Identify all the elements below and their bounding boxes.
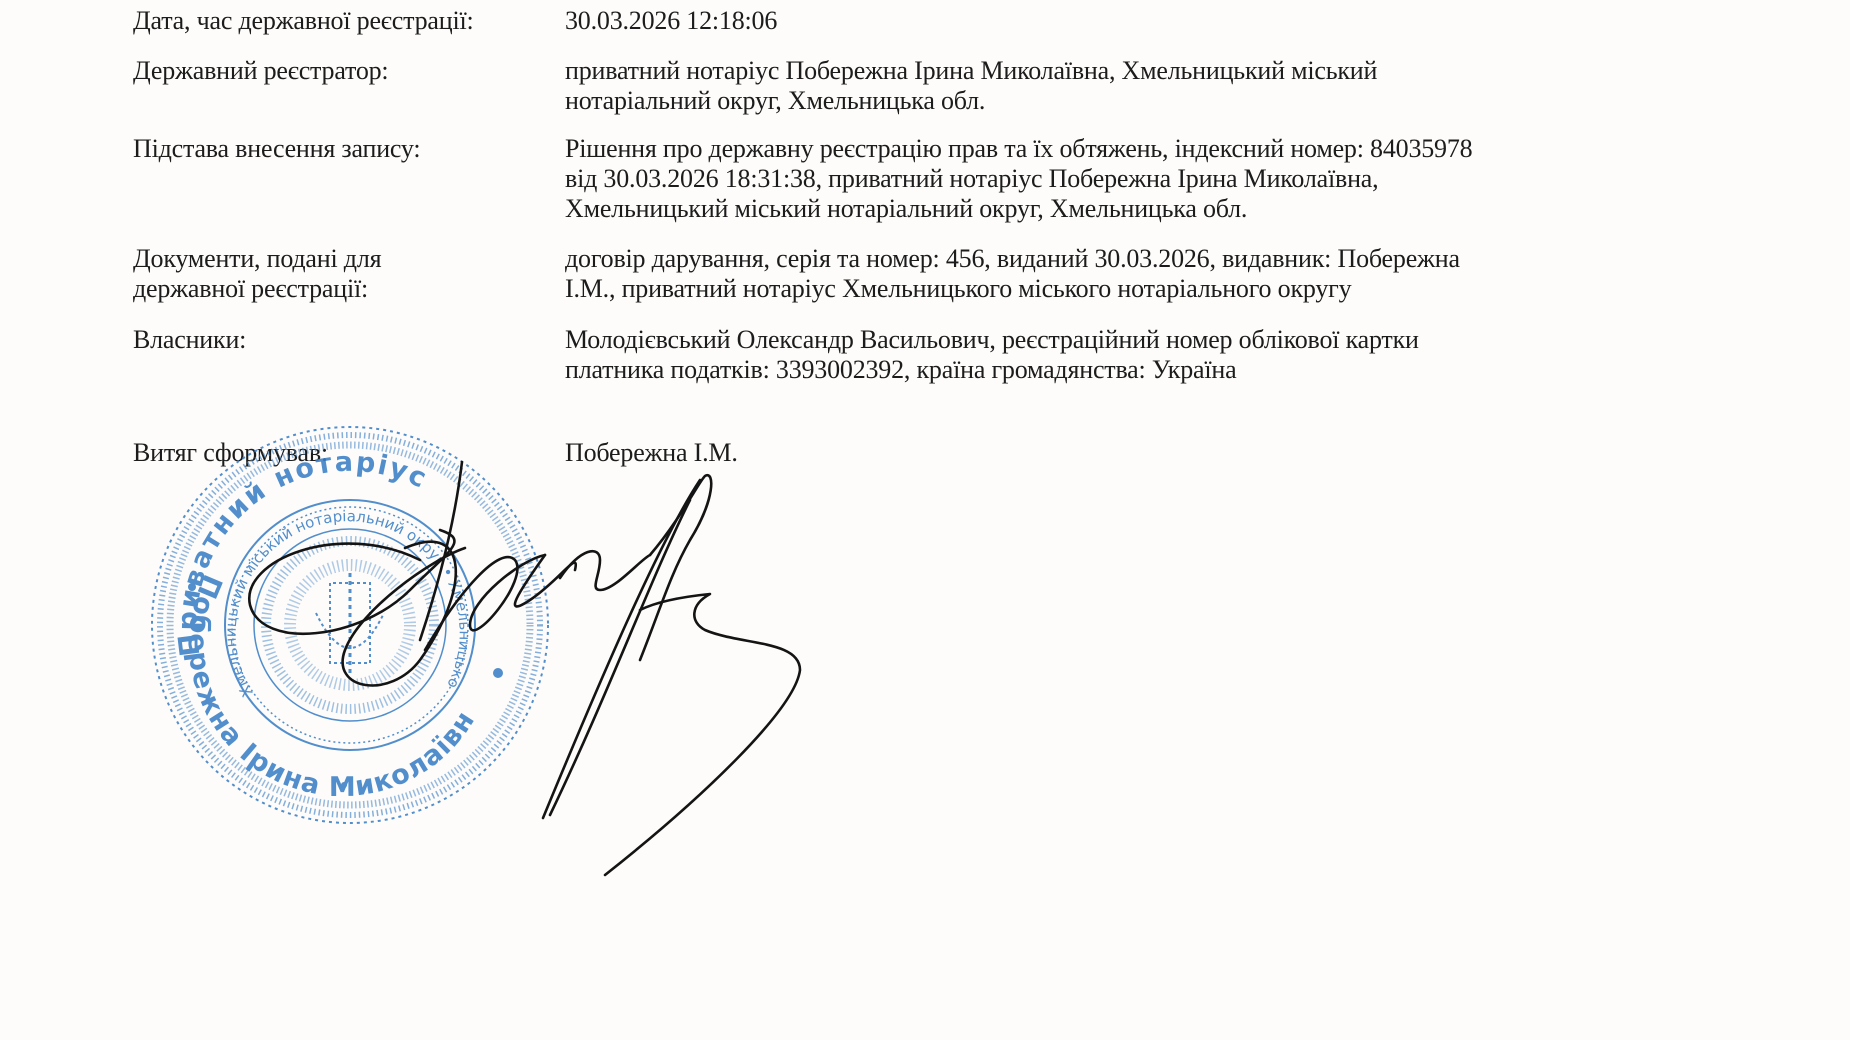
field-label: Документи, подані для державної реєстрац… — [133, 244, 565, 304]
field-label: Державний реєстратор: — [133, 56, 565, 116]
document-page: Дата, час державної реєстрації: 30.03.20… — [0, 0, 1850, 1040]
field-value: Молодієвський Олександр Васильович, реєс… — [565, 325, 1733, 385]
field-value: договір дарування, серія та номер: 456, … — [565, 244, 1733, 304]
field-label: Дата, час державної реєстрації: — [133, 6, 565, 36]
field-entry-basis: Підстава внесення запису: Рішення про де… — [133, 134, 1733, 224]
field-value: 30.03.2026 12:18:06 — [565, 6, 1733, 36]
signoff-value: Побережна І.М. — [565, 438, 1733, 468]
field-label: Підстава внесення запису: — [133, 134, 565, 224]
field-state-registrar: Державний реєстратор: приватний нотаріус… — [133, 56, 1733, 116]
field-registration-datetime: Дата, час державної реєстрації: 30.03.20… — [133, 6, 1733, 36]
field-value: приватний нотаріус Побережна Ірина Микол… — [565, 56, 1733, 116]
field-label: Власники: — [133, 325, 565, 385]
field-submitted-documents: Документи, подані для державної реєстрац… — [133, 244, 1733, 304]
field-owners: Власники: Молодієвський Олександр Василь… — [133, 325, 1733, 385]
notary-stamp-icon: Приватний нотаріус Побережна Ірина Микол… — [148, 423, 552, 827]
field-value: Рішення про державну реєстрацію прав та … — [565, 134, 1733, 224]
